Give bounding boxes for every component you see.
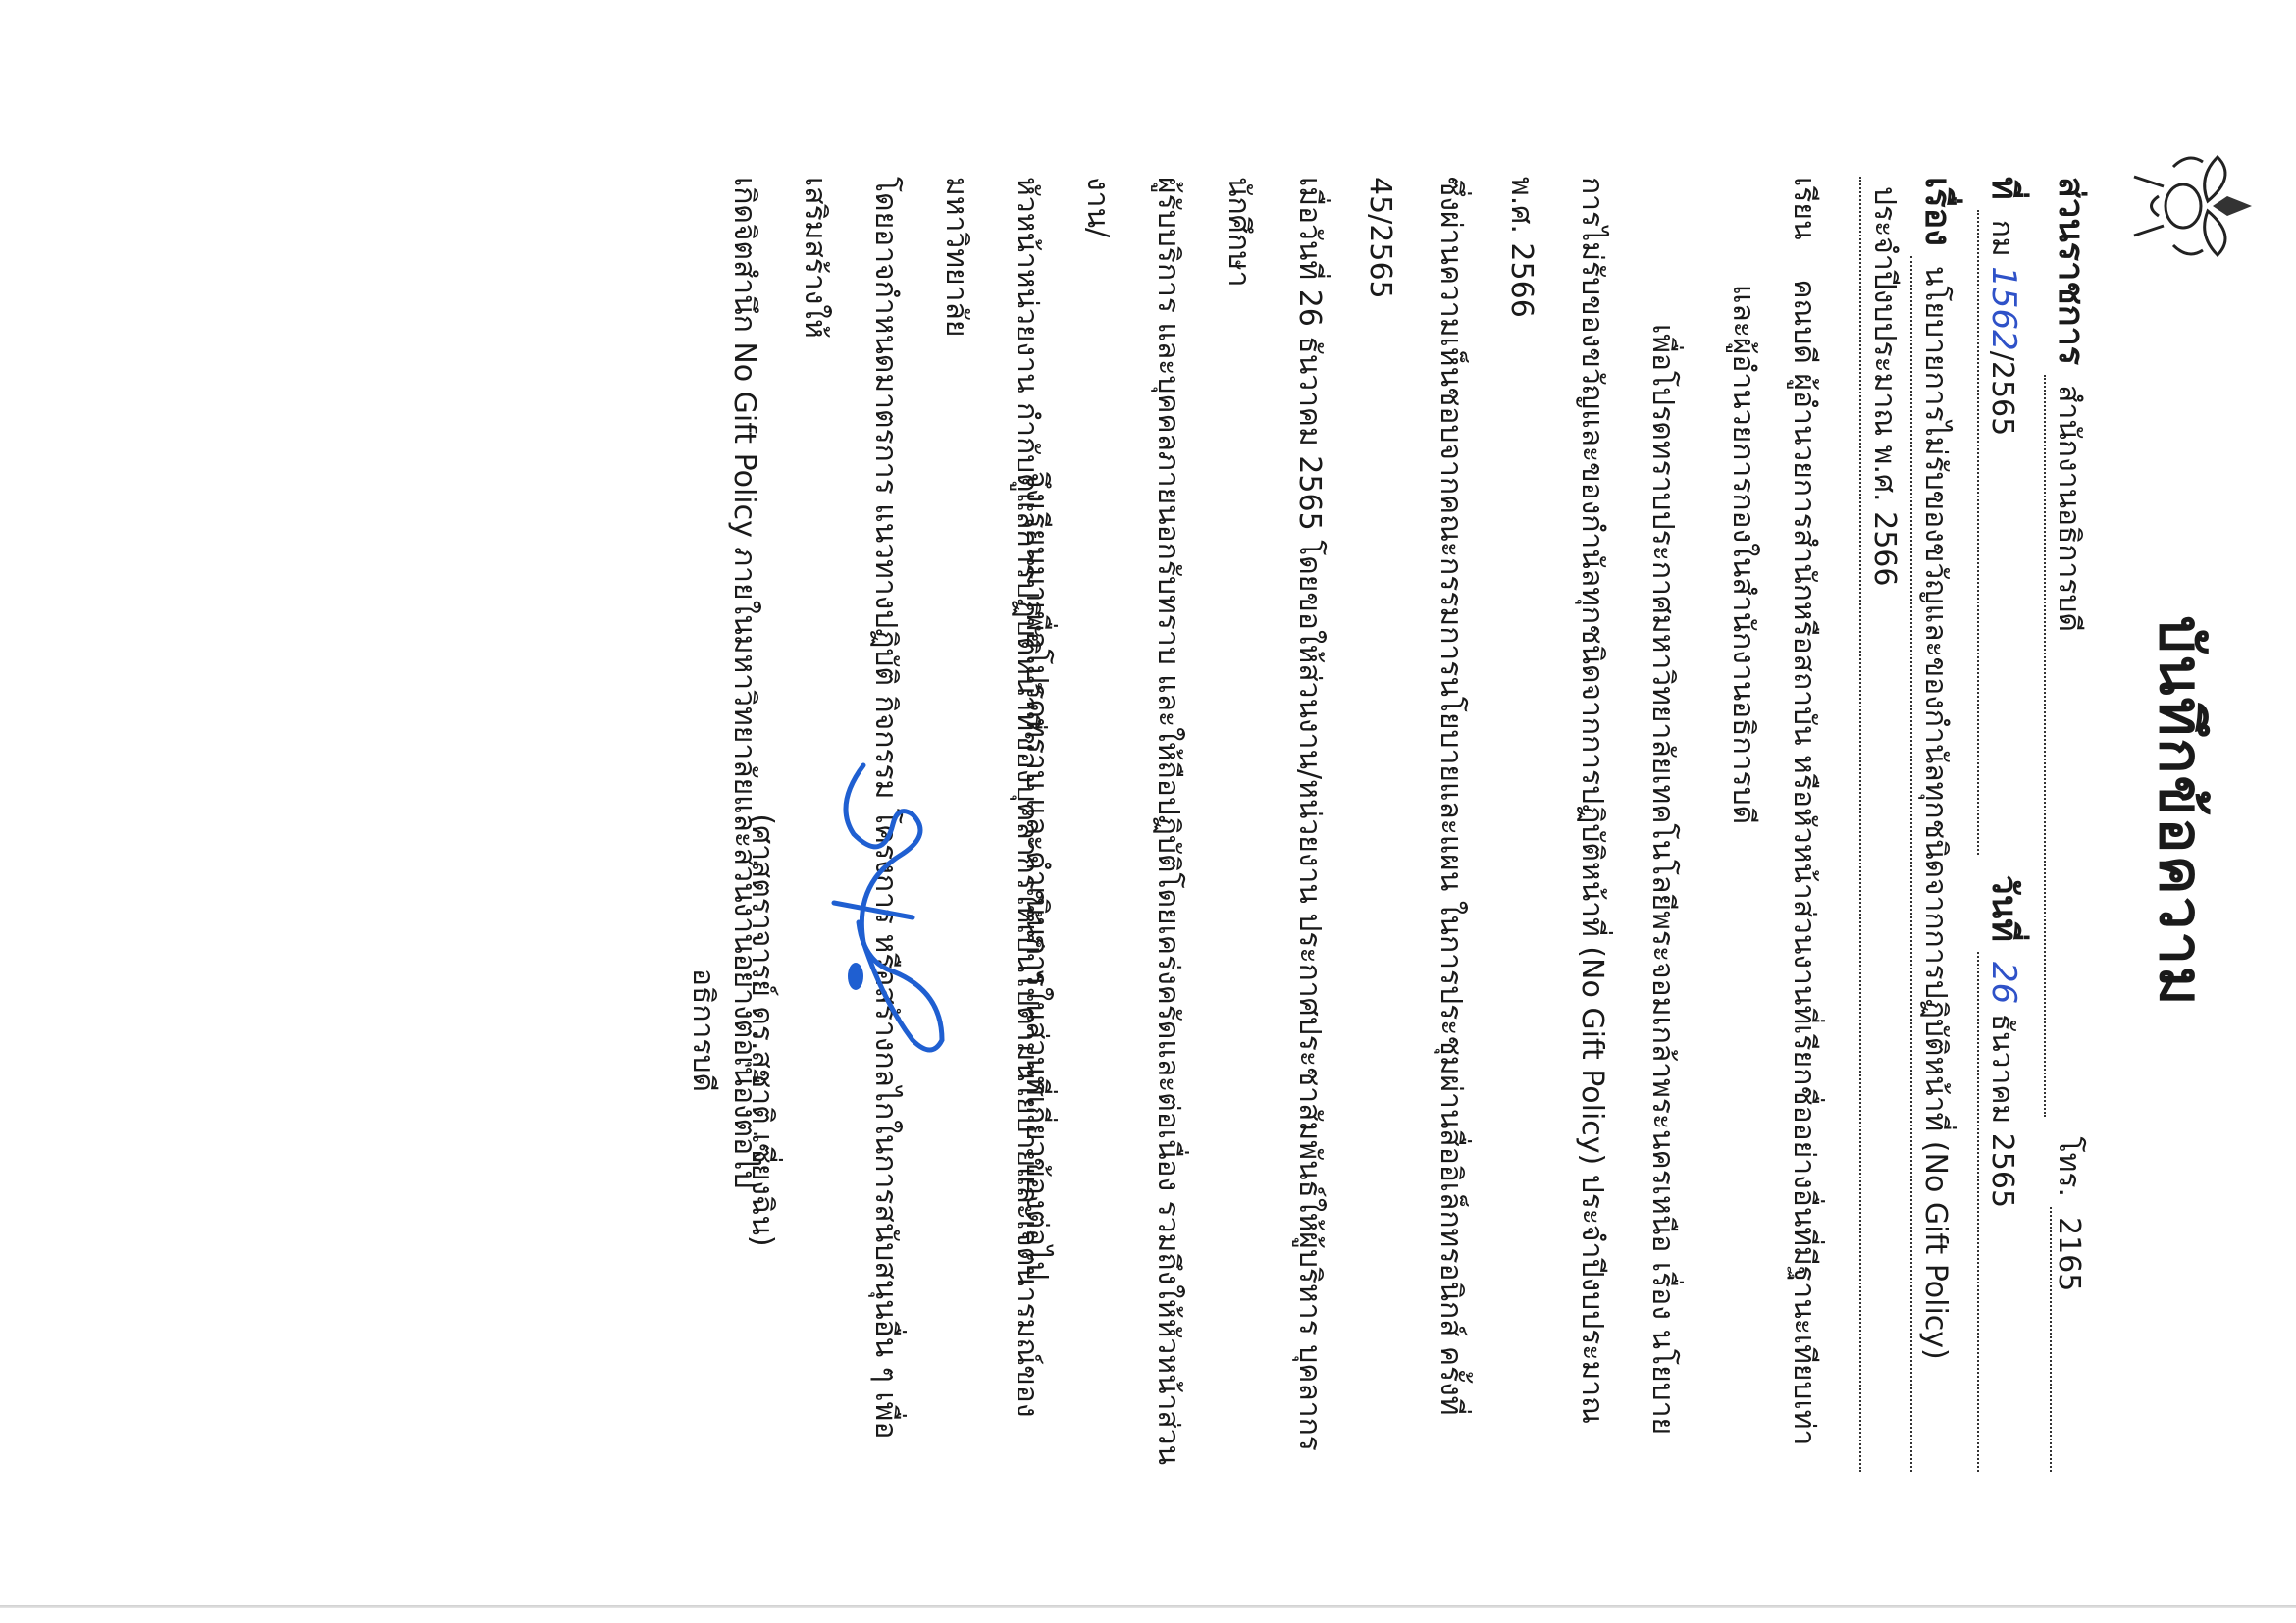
subject-row: เรื่อง นโยบายการไม่รับของขวัญและของกำนัล…: [1910, 177, 1966, 1472]
body-line: การไม่รับของขวัญและของกำนัลทุกชนิดจากการ…: [1486, 177, 1627, 1472]
date-value: 26 ธันวาคม 2565: [1977, 952, 2025, 1472]
date-month-year: ธันวาคม 2565: [1985, 1014, 2019, 1208]
phone-value: 2165: [2050, 1207, 2086, 1472]
date-label: วันที่: [1977, 874, 2033, 942]
memo-title: บันทึกข้อความ: [2134, 0, 2227, 1623]
to-row-2: และผู้อำนวยการกองในสำนักงานอธิการบดี: [1720, 177, 1766, 1472]
ref-prefix: กม: [1985, 220, 2019, 257]
to-row: เรียน คณบดี ผู้อำนวยการสำนักหรือสถาบัน ห…: [1781, 177, 1827, 1472]
signer-title: อธิการบดี: [680, 687, 726, 1374]
phone-text: 2165: [2052, 1217, 2086, 1291]
subject-row-2: ประจำปีงบประมาณ พ.ศ. 2566: [1859, 177, 1907, 1472]
subject-line1: นโยบายการไม่รับของขวัญและของกำนัลทุกชนิด…: [1910, 256, 1958, 1472]
body-line: เพื่อโปรดทราบประกาศมหาวิทยาลัยเทคโนโลยีพ…: [1627, 177, 1697, 1472]
to-label: เรียน: [1781, 177, 1827, 239]
department-value: สำนักงานอธิการบดี: [2044, 375, 2092, 1117]
to-line1: คณบดี ผู้อำนวยการสำนักหรือสถาบัน หรือหัว…: [1781, 279, 1827, 1445]
ref-suffix: /2565: [1985, 351, 2019, 436]
signature-icon: [824, 746, 971, 1079]
to-line2: และผู้อำนวยการกองในสำนักงานอธิการบดี: [1720, 285, 1766, 824]
department-text: สำนักงานอธิการบดี: [2052, 385, 2086, 632]
ref-label: ที่: [1977, 177, 2033, 200]
memo-page: บันทึกข้อความ ส่วนราชการ สำนักงานอธิการบ…: [0, 0, 2296, 1623]
ref-number-handwritten: 1562: [1984, 266, 2023, 351]
body-line: ผู้รับบริการ และบุคคลภายนอกรับทราบ และให…: [1062, 177, 1203, 1472]
date-day-handwritten: 26: [1984, 962, 2023, 1004]
closing-line: จึงเรียนมาเพื่อโปรดทราบ และดำเนินการในส่…: [1014, 177, 1060, 1472]
ref-value: กม 1562/2565: [1977, 210, 2025, 856]
body-line: ซึ่งผ่านความเห็นชอบจากคณะกรรมการนโยบายแล…: [1344, 177, 1486, 1472]
department-row: ส่วนราชการ สำนักงานอธิการบดี โทร. 2165: [2044, 177, 2100, 1472]
department-label: ส่วนราชการ: [2044, 177, 2100, 365]
subject-line2: ประจำปีงบประมาณ พ.ศ. 2566: [1859, 177, 1907, 1472]
phone-label: โทร.: [2046, 1136, 2092, 1197]
subject-label: เรื่อง: [1910, 177, 1966, 246]
body-line: เมื่อวันที่ 26 ธันวาคม 2565 โดยขอให้ส่วน…: [1203, 177, 1344, 1472]
signer-name: (ศาสตราจารย์ ดร.สุชาติ เซี่ยงฉิน): [739, 687, 785, 1374]
ref-date-row: ที่ กม 1562/2565 วันที่ 26 ธันวาคม 2565: [1977, 177, 2033, 1472]
